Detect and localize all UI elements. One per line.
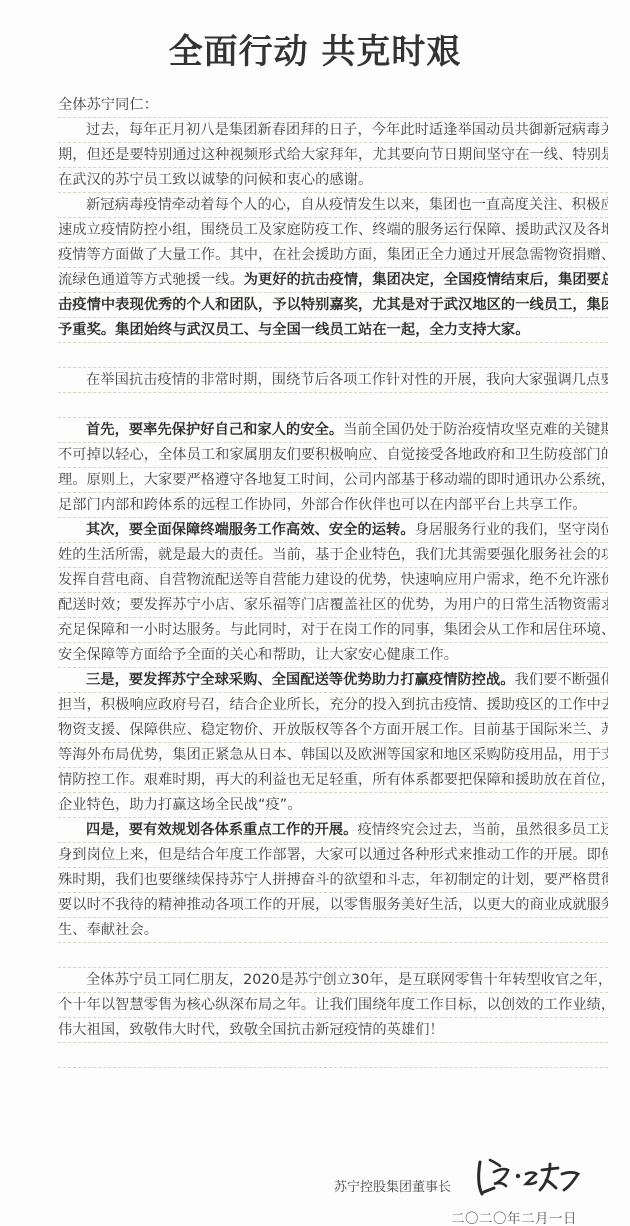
text: 足部门内部和跨体系的远程工作协同，外部合作伙伴也可以在内部平台上共享工作。: [58, 497, 587, 513]
paragraph-6-line: 担当，积极响应政府号召，结合企业所长，充分的投入到抗击疫情、援助疫区的工作中去，…: [58, 693, 608, 718]
text: 发挥自营电商、自营物流配送等自营能力建设的优势，快速响应用户需求，绝不允许涨价，…: [58, 572, 608, 588]
text: 企业特色，助力打赢这场全民战“疫”。: [58, 797, 302, 813]
text: 担当，积极响应政府号召，结合企业所长，充分的投入到抗击疫情、援助疫区的工作中去，…: [58, 697, 608, 713]
paragraph-2-line: 新冠病毒疫情牵动着每个人的心，自从疫情发生以来，集团也一直高度关注、积极应对，迅: [58, 193, 608, 218]
paragraph-8-line: 个十年以智慧零售为核心纵深布局之年。让我们围绕年度工作目标，以创效的工作业绩，致…: [58, 993, 608, 1018]
paragraph-8-line: 伟大祖国，致敬伟大时代，致敬全国抗击新冠疫情的英雄们！: [58, 1018, 608, 1043]
text: 充足保障和一小时达服务。与此同时，对于在岗工作的同事，集团会从工作和居住环境、生…: [58, 622, 608, 638]
paragraph-6-line: 物资支援、保障供应、稳定物价、开放版权等各个方面开展工作。目前基于国际米兰、苏宁…: [58, 718, 608, 743]
paragraph-7-line: 身到岗位上来，但是结合年度工作部署，大家可以通过各种形式来推动工作的开展。即使是…: [58, 843, 608, 868]
paragraph-5-line: 姓的生活所需，就是最大的责任。当前，基于企业特色，我们尤其需要强化服务社会的功能…: [58, 543, 608, 568]
paragraph-6-line: 等海外布局优势，集团正紧急从日本、韩国以及欧洲等国家和地区采购防疫用品，用于支持…: [58, 743, 608, 768]
bold-text: 四是，要有效规划各体系重点工作的开展。: [86, 822, 357, 838]
paragraph-7-line: 殊时期，我们也要继续保持苏宁人拼搏奋斗的欲望和斗志，年初制定的计划，要严格贯彻落…: [58, 868, 608, 893]
blank-line: [58, 393, 608, 418]
page-title: 全面行动 共克时艰: [0, 30, 630, 74]
paragraph-1-line: 过去，每年正月初八是集团新春团拜的日子，今年此时适逢举国动员共御新冠病毒关键时: [58, 118, 608, 143]
blank-line: [58, 343, 608, 368]
paragraph-5-line: 充足保障和一小时达服务。与此同时，对于在岗工作的同事，集团会从工作和居住环境、生…: [58, 618, 608, 643]
paragraph-4-line: 理。原则上，大家要严格遵守各地复工时间，公司内部基于移动端的即时通讯办公系统，能…: [58, 468, 608, 493]
signer-title: 苏宁控股集团董事长: [334, 1176, 451, 1195]
text: 不可掉以轻心，全体员工和家属朋友们要积极响应、自觉接受各地政府和卫生防疫部门的管: [58, 447, 608, 463]
text: 流绿色通道等方式驰援一线。: [58, 272, 244, 288]
blank-line: [58, 943, 608, 968]
text: 当前全国仍处于防治疫情攻坚克难的关键期，切: [343, 422, 608, 438]
paragraph-6-line: 企业特色，助力打赢这场全民战“疫”。: [58, 793, 608, 818]
bold-text: 首先，要率先保护好自己和家人的安全。: [86, 422, 343, 438]
handwritten-signature-icon: [472, 1152, 582, 1202]
text: 新冠病毒疫情牵动着每个人的心，自从疫情发生以来，集团也一直高度关注、积极应对，迅: [86, 197, 608, 213]
paragraph-2-line: 予重奖。集团始终与武汉员工、与全国一线员工站在一起，全力支持大家。: [58, 318, 608, 343]
text: 配送时效；要发挥苏宁小店、家乐福等门店覆盖社区的优势，为用户的日常生活物资需求提…: [58, 597, 608, 613]
paragraph-2-line: 流绿色通道等方式驰援一线。为更好的抗击疫情，集团决定，全国疫情结束后，集团要总结…: [58, 268, 608, 293]
paragraph-5-line: 配送时效；要发挥苏宁小店、家乐福等门店覆盖社区的优势，为用户的日常生活物资需求提…: [58, 593, 608, 618]
text: 要以时不我待的精神推动各项工作的开展，以零售服务美好生活，以更大的商业成就服务民: [58, 897, 608, 913]
paragraph-1-line: 在武汉的苏宁员工致以诚挚的问候和衷心的感谢。: [58, 168, 608, 193]
text: 殊时期，我们也要继续保持苏宁人拼搏奋斗的欲望和斗志，年初制定的计划，要严格贯彻落…: [58, 872, 608, 888]
letter-body: 全体苏宁同仁： 过去，每年正月初八是集团新春团拜的日子，今年此时适逢举国动员共御…: [58, 93, 608, 1068]
paragraph-6-line: 情防控工作。艰难时期，再大的利益也无足轻重，所有体系都要把保障和援助放在首位，要…: [58, 768, 608, 793]
text: 我们要不断强化责任: [515, 672, 608, 688]
blank-line: [58, 1043, 608, 1068]
paragraph-1-line: 期，但还是要特别通过这种视频形式给大家拜年，尤其要向节日期间坚守在一线、特别是奋…: [58, 143, 608, 168]
text: 疫情终究会过去，当前，虽然很多员工还无法投: [357, 822, 608, 838]
paragraph-6-line: 三是，要发挥苏宁全球采购、全国配送等优势助力打赢疫情防控战。我们要不断强化责任: [58, 668, 608, 693]
bold-text: 为更好的抗击疫情，集团决定，全国疫情结束后，集团要总结在抗: [244, 272, 608, 288]
paragraph-5-line: 其次，要全面保障终端服务工作高效、安全的运转。身居服务行业的我们，坚守岗位保障百: [58, 518, 608, 543]
bold-text: 予重奖。集团始终与武汉员工、与全国一线员工站在一起，全力支持大家。: [58, 322, 530, 338]
text: 情防控工作。艰难时期，再大的利益也无足轻重，所有体系都要把保障和援助放在首位，要…: [58, 772, 608, 788]
text: 身居服务行业的我们，坚守岗位保障百: [415, 522, 608, 538]
text: 姓的生活所需，就是最大的责任。当前，基于企业特色，我们尤其需要强化服务社会的功能…: [58, 547, 608, 563]
paragraph-7-line: 生、奉献社会。: [58, 918, 608, 943]
bold-text: 三是，要发挥苏宁全球采购、全国配送等优势助力打赢疫情防控战。: [86, 672, 515, 688]
paragraph-5-line: 发挥自营电商、自营物流配送等自营能力建设的优势，快速响应用户需求，绝不允许涨价，…: [58, 568, 608, 593]
paragraph-8-line: 全体苏宁员工同仁朋友，2020是苏宁创立30年，是互联网零售十年转型收官之年，是…: [58, 968, 608, 993]
text: 生、奉献社会。: [58, 922, 158, 938]
paragraph-7-line: 要以时不我待的精神推动各项工作的开展，以零售服务美好生活，以更大的商业成就服务民: [58, 893, 608, 918]
text: 理。原则上，大家要严格遵守各地复工时间，公司内部基于移动端的即时通讯办公系统，能…: [58, 472, 608, 488]
paragraph-4-line: 不可掉以轻心，全体员工和家属朋友们要积极响应、自觉接受各地政府和卫生防疫部门的管: [58, 443, 608, 468]
paragraph-3-line: 在举国抗击疫情的非常时期，围绕节后各项工作针对性的开展，我向大家强调几点要求：: [58, 368, 608, 393]
bold-text: 击疫情中表现优秀的个人和团队，予以特别嘉奖，尤其是对于武汉地区的一线员工，集团要…: [58, 297, 608, 313]
date: 二〇二〇年二月一日: [451, 1207, 577, 1226]
text: 速成立疫情防控小组，围绕员工及家庭防疫工作、终端的服务运行保障、援助武汉及各地抗…: [58, 222, 608, 238]
paragraph-4-line: 首先，要率先保护好自己和家人的安全。当前全国仍处于防治疫情攻坚克难的关键期，切: [58, 418, 608, 443]
paragraph-5-line: 安全保障等方面给予全面的关心和帮助，让大家安心健康工作。: [58, 643, 608, 668]
text: 安全保障等方面给予全面的关心和帮助，让大家安心健康工作。: [58, 647, 458, 663]
paragraph-4-line: 足部门内部和跨体系的远程工作协同，外部合作伙伴也可以在内部平台上共享工作。: [58, 493, 608, 518]
text: 身到岗位上来，但是结合年度工作部署，大家可以通过各种形式来推动工作的开展。即使是…: [58, 847, 608, 863]
paragraph-2-line: 速成立疫情防控小组，围绕员工及家庭防疫工作、终端的服务运行保障、援助武汉及各地抗…: [58, 218, 608, 243]
paragraph-2-line: 疫情等方面做了大量工作。其中，在社会援助方面，集团正全力通过开展急需物资捐赠、开…: [58, 243, 608, 268]
text: 等海外布局优势，集团正紧急从日本、韩国以及欧洲等国家和地区采购防疫用品，用于支持…: [58, 747, 608, 763]
salutation: 全体苏宁同仁：: [58, 93, 608, 118]
text: 物资支援、保障供应、稳定物价、开放版权等各个方面开展工作。目前基于国际米兰、苏宁…: [58, 722, 608, 738]
paragraph-7-line: 四是，要有效规划各体系重点工作的开展。疫情终究会过去，当前，虽然很多员工还无法投: [58, 818, 608, 843]
text: 疫情等方面做了大量工作。其中，在社会援助方面，集团正全力通过开展急需物资捐赠、开…: [58, 247, 608, 263]
bold-text: 其次，要全面保障终端服务工作高效、安全的运转。: [86, 522, 415, 538]
paragraph-2-line: 击疫情中表现优秀的个人和团队，予以特别嘉奖，尤其是对于武汉地区的一线员工，集团要…: [58, 293, 608, 318]
